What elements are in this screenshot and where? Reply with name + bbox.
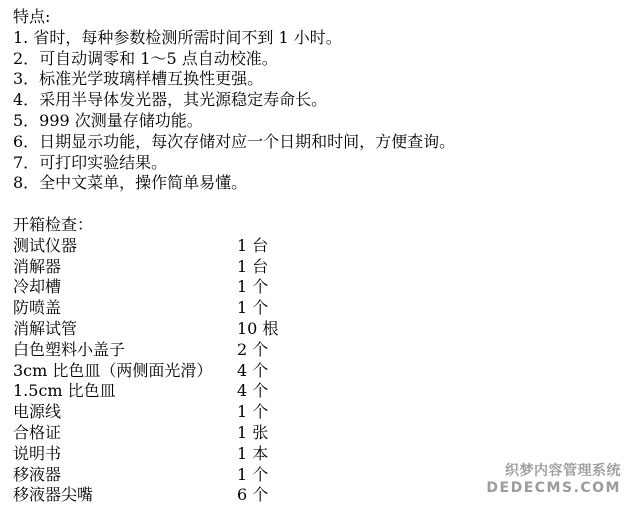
- section-spacer: [13, 194, 628, 215]
- item-name: 消解试管: [13, 319, 237, 340]
- item-quantity: 1 个: [237, 465, 268, 486]
- packing-row-tester: 测试仪器 1 台: [13, 236, 628, 257]
- packing-row-digester: 消解器 1 台: [13, 257, 628, 278]
- item-quantity: 1 本: [237, 444, 268, 465]
- packing-row-splash-cover: 防喷盖 1 个: [13, 298, 628, 319]
- feature-item-8: 8．全中文菜单，操作简单易懂。: [13, 173, 628, 194]
- item-name: 防喷盖: [13, 298, 237, 319]
- item-quantity: 10 根: [237, 319, 278, 340]
- item-quantity: 6 个: [237, 485, 268, 505]
- item-name: 消解器: [13, 257, 237, 278]
- item-name: 说明书: [13, 444, 237, 465]
- packing-row-cuvette-1-5cm: 1.5cm 比色皿 4 个: [13, 381, 628, 402]
- item-name: 1.5cm 比色皿: [13, 381, 237, 402]
- item-name: 白色塑料小盖子: [13, 340, 237, 361]
- packing-row-cuvette-3cm: 3cm 比色皿（两侧面光滑） 4 个: [13, 361, 628, 382]
- watermark-text-cn: 织梦内容管理系统: [486, 463, 621, 480]
- packing-row-plastic-caps: 白色塑料小盖子 2 个: [13, 340, 628, 361]
- item-name: 移液器尖嘴: [13, 485, 237, 505]
- item-name: 电源线: [13, 402, 237, 423]
- item-quantity: 2 个: [237, 340, 268, 361]
- watermark-text-en: DEDECMS.COM: [486, 480, 621, 496]
- packing-heading: 开箱检查：: [13, 215, 628, 236]
- feature-item-4: 4．采用半导体发光器，其光源稳定寿命长。: [13, 90, 628, 111]
- packing-row-digestion-tubes: 消解试管 10 根: [13, 319, 628, 340]
- item-name: 合格证: [13, 423, 237, 444]
- packing-list-section: 开箱检查： 测试仪器 1 台 消解器 1 台 冷却槽 1 个 防喷盖 1 个 消…: [13, 215, 628, 505]
- feature-item-5: 5．999 次测量存储功能。: [13, 111, 628, 132]
- feature-item-6: 6．日期显示功能，每次存储对应一个日期和时间，方便查询。: [13, 132, 628, 153]
- item-quantity: 1 个: [237, 402, 268, 423]
- packing-row-manual: 说明书 1 本: [13, 444, 628, 465]
- dedecms-watermark: 织梦内容管理系统 DEDECMS.COM: [486, 463, 621, 496]
- feature-item-2: 2．可自动调零和 1～5 点自动校准。: [13, 49, 628, 70]
- packing-row-certificate: 合格证 1 张: [13, 423, 628, 444]
- item-name: 3cm 比色皿（两侧面光滑）: [13, 361, 237, 382]
- packing-row-power-cord: 电源线 1 个: [13, 402, 628, 423]
- item-name: 冷却槽: [13, 277, 237, 298]
- item-quantity: 1 张: [237, 423, 268, 444]
- item-name: 移液器: [13, 465, 237, 486]
- item-quantity: 4 个: [237, 361, 268, 382]
- packing-row-cooling-tank: 冷却槽 1 个: [13, 277, 628, 298]
- item-quantity: 1 台: [237, 236, 268, 257]
- item-name: 测试仪器: [13, 236, 237, 257]
- feature-item-7: 7．可打印实验结果。: [13, 153, 628, 174]
- document-page: 特点: 1. 省时，每种参数检测所需时间不到 1 小时。 2．可自动调零和 1～…: [13, 7, 628, 505]
- features-heading: 特点:: [13, 7, 628, 28]
- item-quantity: 1 个: [237, 277, 268, 298]
- item-quantity: 4 个: [237, 381, 268, 402]
- item-quantity: 1 个: [237, 298, 268, 319]
- feature-item-3: 3．标准光学玻璃样槽互换性更强。: [13, 69, 628, 90]
- features-section: 特点: 1. 省时，每种参数检测所需时间不到 1 小时。 2．可自动调零和 1～…: [13, 7, 628, 194]
- feature-item-1: 1. 省时，每种参数检测所需时间不到 1 小时。: [13, 28, 628, 49]
- item-quantity: 1 台: [237, 257, 268, 278]
